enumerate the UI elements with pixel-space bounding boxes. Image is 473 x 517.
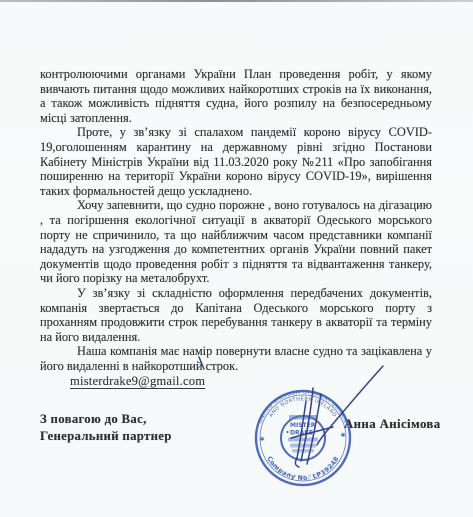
signature-stroke [297, 401, 306, 458]
closing-block: З повагою до Вас, Генеральний партнер [40, 411, 172, 444]
letter-paragraph: контролюючими органами України План пров… [40, 67, 432, 125]
letter-paragraph: Проте, у зв’язку зі спалахом пандемії ко… [40, 125, 432, 198]
letter-paragraph: Хочу запевнити, що судно порожне , воно … [40, 198, 432, 286]
signature-stroke [199, 357, 204, 369]
letter-paragraph: У зв’язку зі складністю оформлення перед… [40, 286, 432, 344]
signature-stroke [295, 458, 299, 467]
signature-stroke [317, 366, 383, 445]
signature-stroke [291, 427, 333, 438]
signature-stroke [307, 394, 321, 464]
handwritten-signature-ink [185, 348, 395, 488]
letter-page: контролюючими органами України План пров… [0, 0, 473, 517]
scan-edge-line [0, 0, 473, 2]
closing-title: Генеральний партнер [40, 428, 172, 445]
letter-body: контролюючими органами України План пров… [40, 67, 432, 373]
closing-salutation: З повагою до Вас, [40, 411, 172, 428]
